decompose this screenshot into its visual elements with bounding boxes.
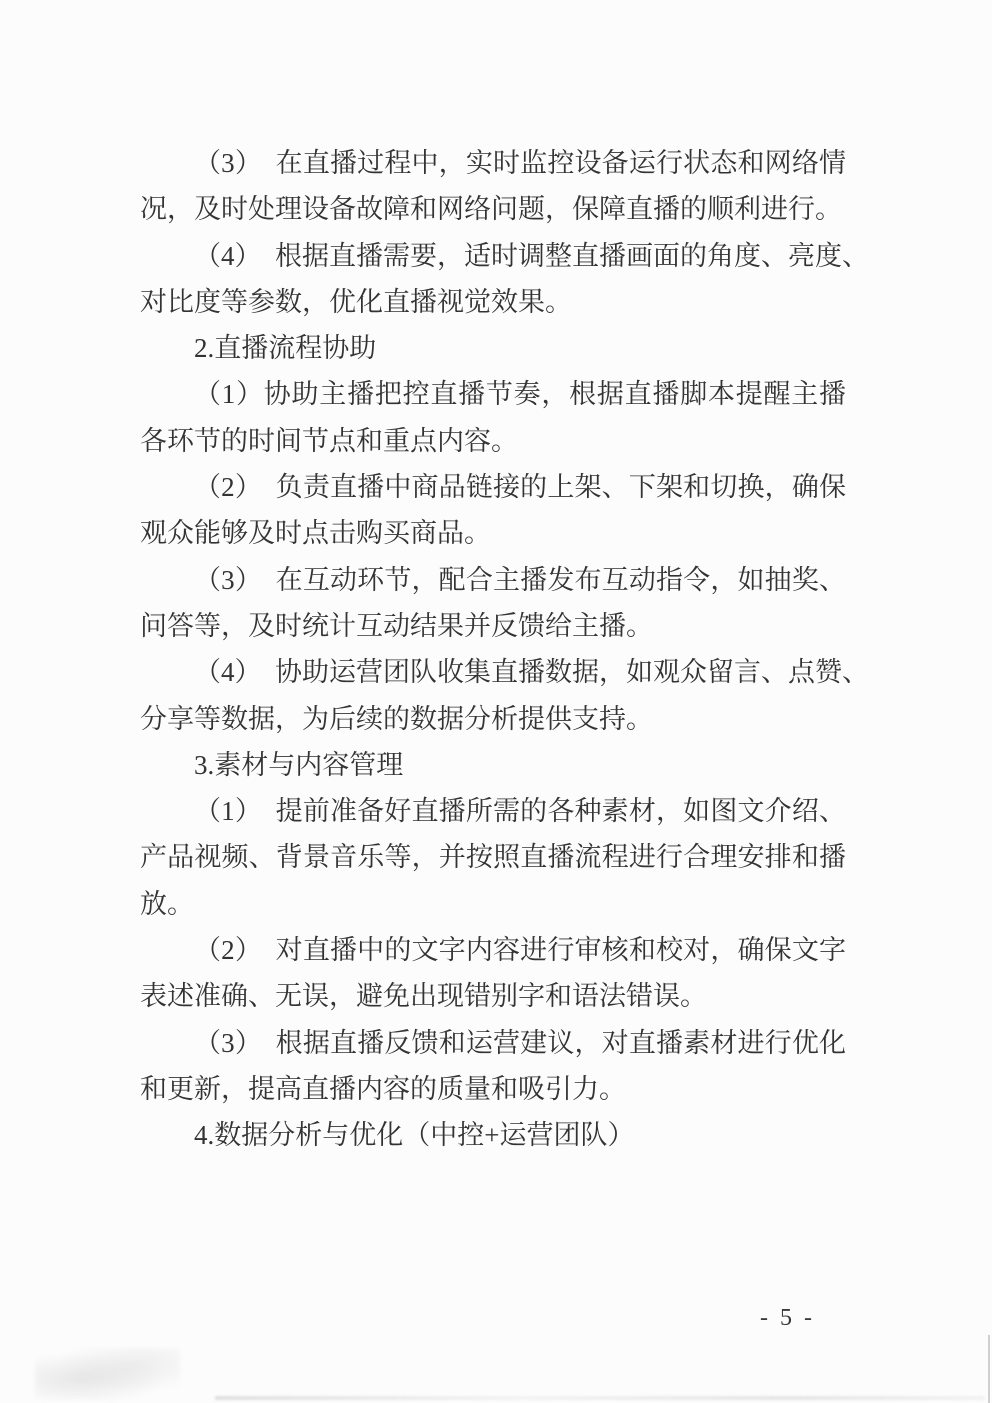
- text-line: 放。: [140, 881, 846, 927]
- text-line: 3.素材与内容管理: [140, 742, 846, 788]
- scan-streak: [215, 1396, 985, 1400]
- text-line: （3） 根据直播反馈和运营建议，对直播素材进行优化: [140, 1020, 846, 1066]
- scan-smudge: [35, 1348, 180, 1400]
- text-line: （3） 在互动环节，配合主播发布互动指令，如抽奖、: [140, 557, 846, 603]
- text-line: 观众能够及时点击购买商品。: [140, 510, 846, 556]
- page-number: - 5 -: [760, 1298, 850, 1338]
- text-line: （3） 在直播过程中，实时监控设备运行状态和网络情: [140, 140, 846, 186]
- body-text: （3） 在直播过程中，实时监控设备运行状态和网络情况，及时处理设备故障和网络问题…: [140, 140, 846, 1159]
- text-line: 4.数据分析与优化（中控+运营团队）: [140, 1112, 846, 1158]
- text-line: 对比度等参数，优化直播视觉效果。: [140, 279, 846, 325]
- document-page: （3） 在直播过程中，实时监控设备运行状态和网络情况，及时处理设备故障和网络问题…: [0, 0, 992, 1403]
- scan-edge-line: [988, 1335, 990, 1403]
- text-line: （4） 根据直播需要，适时调整直播画面的角度、亮度、: [140, 233, 846, 279]
- text-line: （2） 负责直播中商品链接的上架、下架和切换，确保: [140, 464, 846, 510]
- text-line: （1）协助主播把控直播节奏，根据直播脚本提醒主播: [140, 371, 846, 417]
- text-line: （4） 协助运营团队收集直播数据，如观众留言、点赞、: [140, 649, 846, 695]
- text-line: （2） 对直播中的文字内容进行审核和校对，确保文字: [140, 927, 846, 973]
- text-line: 况，及时处理设备故障和网络问题，保障直播的顺利进行。: [140, 186, 846, 232]
- text-line: 问答等，及时统计互动结果并反馈给主播。: [140, 603, 846, 649]
- text-line: （1） 提前准备好直播所需的各种素材，如图文介绍、: [140, 788, 846, 834]
- text-line: 和更新，提高直播内容的质量和吸引力。: [140, 1066, 846, 1112]
- text-line: 各环节的时间节点和重点内容。: [140, 418, 846, 464]
- text-line: 分享等数据，为后续的数据分析提供支持。: [140, 696, 846, 742]
- text-line: 表述准确、无误，避免出现错别字和语法错误。: [140, 973, 846, 1019]
- text-line: 产品视频、背景音乐等，并按照直播流程进行合理安排和播: [140, 834, 846, 880]
- text-line: 2.直播流程协助: [140, 325, 846, 371]
